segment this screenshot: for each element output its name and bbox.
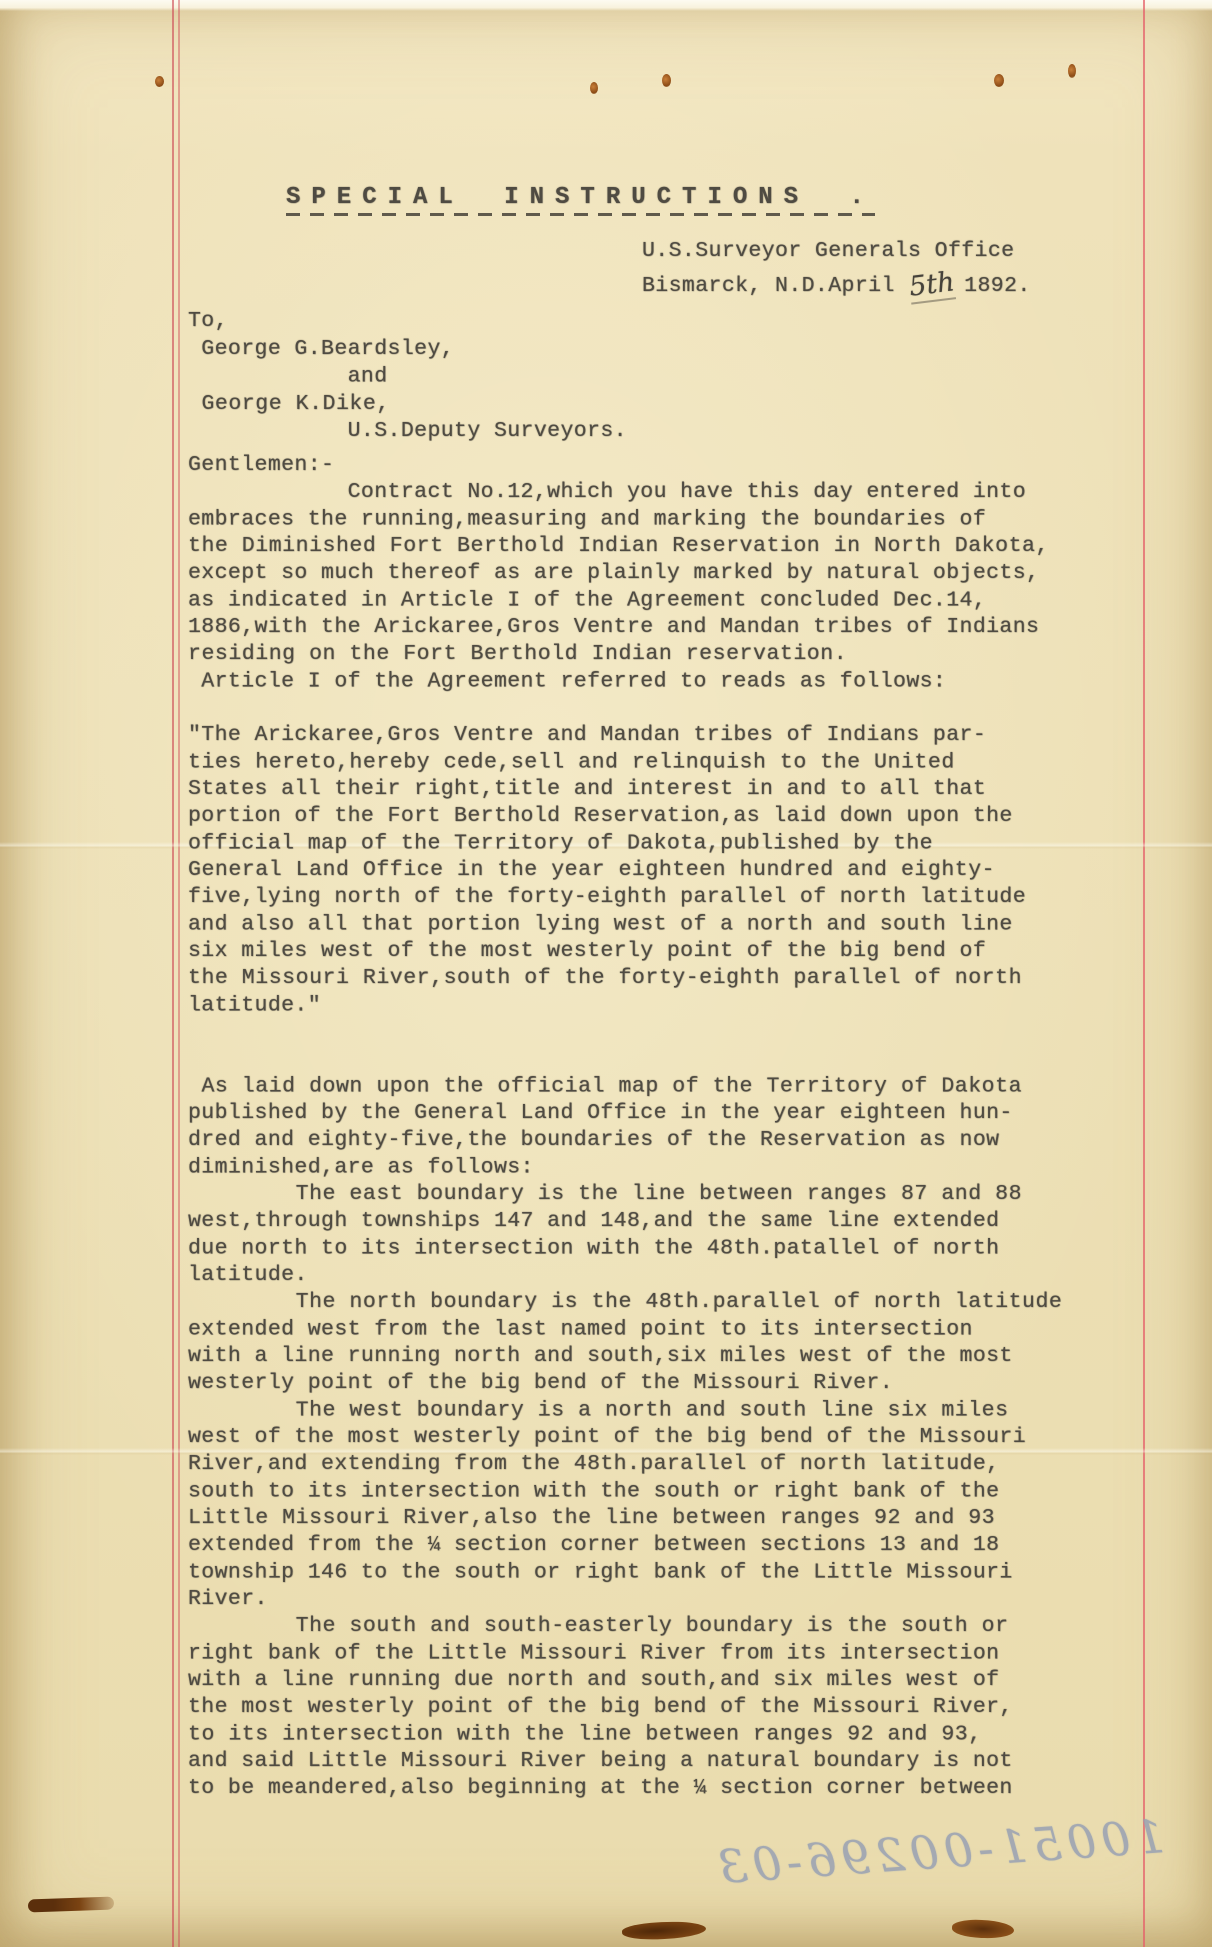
text-line: to its intersection with the line betwee… <box>188 1722 1062 1749</box>
text-line: due north to its intersection with the 4… <box>188 1236 1062 1263</box>
text-line: as indicated in Article I of the Agreeme… <box>188 588 1062 615</box>
text-line <box>188 1019 1062 1046</box>
text-line: River,and extending from the 48th.parall… <box>188 1451 1062 1478</box>
dateline-place: Bismarck, N.D.April <box>642 274 895 298</box>
left-margin-rule-inner <box>178 0 180 1947</box>
text-line: The east boundary is the line between ra… <box>188 1181 1062 1208</box>
letter-body: Gentlemen:- Contract No.12,which you hav… <box>188 452 1062 1802</box>
text-line: River. <box>188 1586 1062 1613</box>
archive-number-bleedthrough: 10051-00296-03 <box>734 1809 1167 1893</box>
text-line: latitude. <box>188 1262 1062 1289</box>
handwritten-date: 5th <box>907 266 956 304</box>
text-line: latitude." <box>188 993 1062 1020</box>
text-line: westerly point of the big bend of the Mi… <box>188 1370 1062 1397</box>
dateline: Bismarck, N.D.April 5th 1892. <box>642 267 1031 300</box>
ink-stain <box>622 1920 707 1941</box>
scan-edge-top <box>0 0 1212 11</box>
left-margin-rule-outer <box>172 0 174 1947</box>
text-line: ties hereto,hereby cede,sell and relinqu… <box>188 750 1062 777</box>
page-title: SPECIAL INSTRUCTIONS . <box>286 184 875 216</box>
text-line: U.S.Deputy Surveyors. <box>188 418 627 446</box>
text-line: portion of the Fort Berthold Reservation… <box>188 803 1062 830</box>
text-line: and <box>188 364 627 392</box>
text-line: Little Missouri River,also the line betw… <box>188 1505 1062 1532</box>
text-line: right bank of the Little Missouri River … <box>188 1641 1062 1668</box>
text-line: Gentlemen:- <box>188 452 1062 479</box>
text-line: As laid down upon the official map of th… <box>188 1074 1062 1101</box>
text-line: George K.Dike, <box>188 391 627 419</box>
ink-stain <box>28 1897 114 1913</box>
text-line: "The Arickaree,Gros Ventre and Mandan tr… <box>188 722 1062 749</box>
text-line: and also all that portion lying west of … <box>188 912 1062 939</box>
recipient-block: To, George G.Beardsley, and George K.Dik… <box>188 308 627 446</box>
text-line: George G.Beardsley, <box>188 336 627 364</box>
document-page: SPECIAL INSTRUCTIONS . U.S.Surveyor Gene… <box>0 0 1212 1947</box>
text-line: extended west from the last named point … <box>188 1317 1062 1344</box>
ink-stain <box>952 1919 1015 1939</box>
text-line: west,through townships 147 and 148,and t… <box>188 1208 1062 1235</box>
rust-spot <box>155 76 164 87</box>
text-line: Contract No.12,which you have this day e… <box>188 479 1062 506</box>
text-line: 1886,with the Arickaree,Gros Ventre and … <box>188 614 1062 641</box>
text-line: south to its intersection with the south… <box>188 1479 1062 1506</box>
rust-spot <box>1068 64 1076 78</box>
text-line: six miles west of the most westerly poin… <box>188 938 1062 965</box>
rust-spot <box>590 82 598 94</box>
right-margin-rule <box>1143 0 1145 1947</box>
text-line: The north boundary is the 48th.parallel … <box>188 1289 1062 1316</box>
office-name: U.S.Surveyor Generals Office <box>642 236 1014 267</box>
text-line: residing on the Fort Berthold Indian res… <box>188 641 1062 668</box>
text-line: the Missouri River,south of the forty-ei… <box>188 965 1062 992</box>
text-line: and said Little Missouri River being a n… <box>188 1748 1062 1775</box>
text-line: except so much thereof as are plainly ma… <box>188 560 1062 587</box>
text-line: the most westerly point of the big bend … <box>188 1694 1062 1721</box>
text-line: The west boundary is a north and south l… <box>188 1398 1062 1425</box>
text-line: The south and south-easterly boundary is… <box>188 1613 1062 1640</box>
text-line: Article I of the Agreement referred to r… <box>188 669 1062 696</box>
text-line: to be meandered,also beginning at the ¼ … <box>188 1775 1062 1802</box>
text-line: with a line running north and south,six … <box>188 1343 1062 1370</box>
text-line: five,lying north of the forty-eighth par… <box>188 884 1062 911</box>
text-line: extended from the ¼ section corner betwe… <box>188 1532 1062 1559</box>
text-line: States all their right,title and interes… <box>188 776 1062 803</box>
text-line: the Diminished Fort Berthold Indian Rese… <box>188 533 1062 560</box>
text-line: diminished,are as follows: <box>188 1155 1062 1182</box>
text-line: dred and eighty-five,the boundaries of t… <box>188 1127 1062 1154</box>
text-line: with a line running due north and south,… <box>188 1667 1062 1694</box>
text-line: embraces the running,measuring and marki… <box>188 507 1062 534</box>
dateline-year: 1892. <box>964 274 1031 298</box>
rust-spot <box>994 74 1004 87</box>
text-line: General Land Office in the year eighteen… <box>188 857 1062 884</box>
rust-spot <box>662 74 671 87</box>
text-line: township 146 to the south or right bank … <box>188 1560 1062 1587</box>
text-line: published by the General Land Office in … <box>188 1100 1062 1127</box>
text-line: west of the most westerly point of the b… <box>188 1424 1062 1451</box>
text-line <box>188 695 1062 722</box>
text-line <box>188 1046 1062 1073</box>
text-line: official map of the Territory of Dakota,… <box>188 831 1062 858</box>
text-line: To, <box>188 308 627 336</box>
